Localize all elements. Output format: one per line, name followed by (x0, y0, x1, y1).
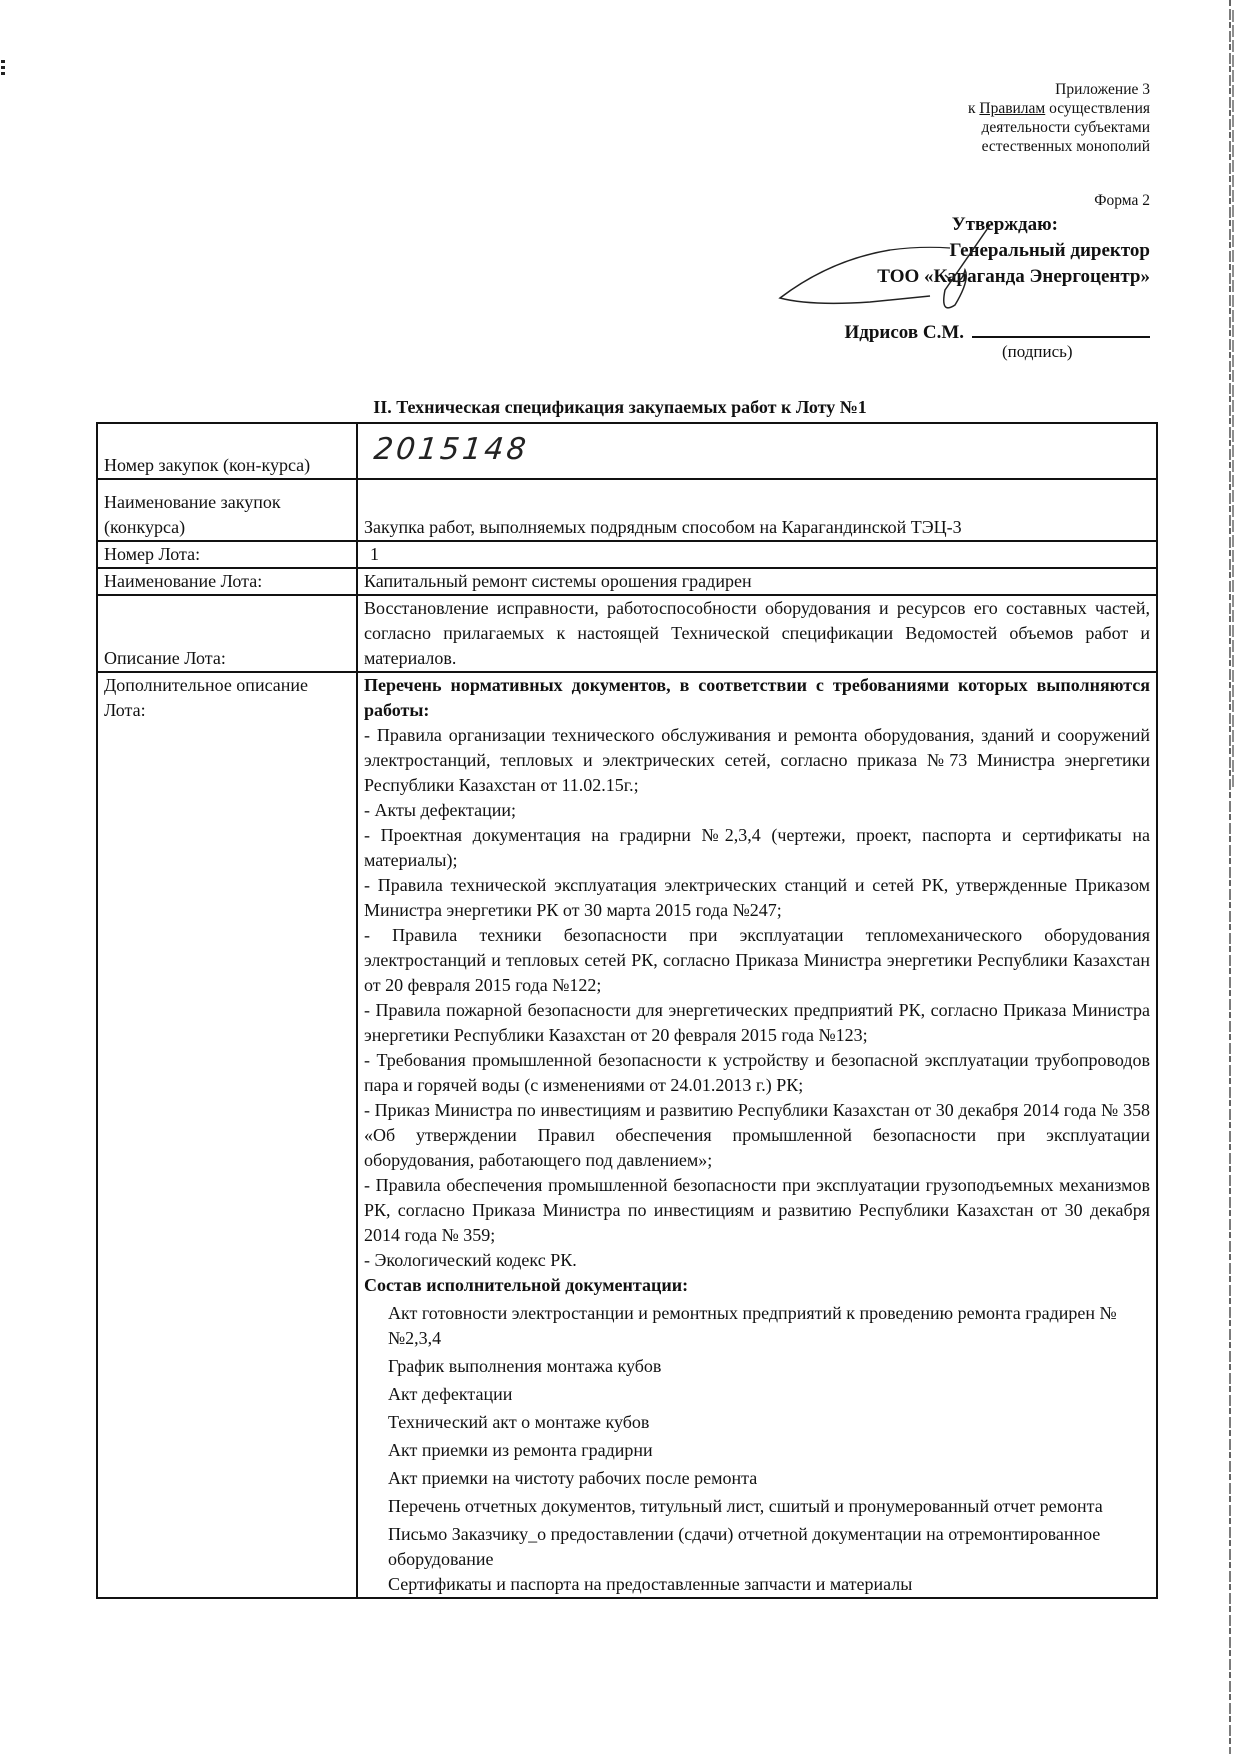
row-value: 1 (357, 541, 1157, 568)
list-item: Акт приемки из ремонта градирни (364, 1438, 1120, 1463)
signature-caption: (подпись) (1002, 342, 1073, 362)
list-item: - Приказ Министра по инвестициям и разви… (364, 1098, 1150, 1173)
table-row: Номер Лота: 1 (97, 541, 1157, 568)
list-item: Перечень отчетных документов, титульный … (364, 1494, 1120, 1519)
row-value: Закупка работ, выполняемых подрядным спо… (357, 479, 1157, 541)
signer-name: Идрисов С.М. (844, 322, 964, 343)
table-row: Дополнительное описание Лота: Перечень н… (97, 672, 1157, 1598)
normative-list: - Правила организации технического обслу… (364, 723, 1150, 1273)
list-item: - Акты дефектации; (364, 798, 1150, 823)
row-label: Наименование Лота: (97, 568, 357, 595)
approval-block: Утверждаю: Генеральный директор ТОО «Кар… (877, 212, 1150, 290)
list-item: Акт дефектации (364, 1382, 1120, 1407)
list-item: Технический акт о монтаже кубов (364, 1410, 1120, 1435)
row-label: Номер закупок (кон-курса) (97, 423, 357, 479)
list-item: - Правила технической эксплуатация элект… (364, 873, 1150, 923)
scan-dots-artifact (1, 60, 5, 76)
row-value: Капитальный ремонт системы орошения град… (357, 568, 1157, 595)
list-item: - Правила организации технического обслу… (364, 723, 1150, 798)
procurement-number: 2015148 (373, 437, 530, 462)
table-row: Описание Лота: Восстановление исправност… (97, 595, 1157, 672)
rules-link[interactable]: Правилам (979, 100, 1045, 117)
table-row: Номер закупок (кон-курса) 2015148 (97, 423, 1157, 479)
appendix-line-4: естественных монополий (968, 137, 1150, 156)
list-item: График выполнения монтажа кубов (364, 1354, 1120, 1379)
row-label: Наименование закупок (конкурса) (97, 479, 357, 541)
list-item: Сертификаты и паспорта на предоставленны… (364, 1572, 1120, 1597)
row-value: 2015148 (357, 423, 1157, 479)
normative-heading: Перечень нормативных документов, в соотв… (364, 673, 1150, 723)
list-item: Акт приемки на чистоту рабочих после рем… (364, 1466, 1120, 1491)
list-item: Письмо Заказчику_о предоставлении (сдачи… (364, 1522, 1120, 1572)
list-item: - Правила техники безопасности при экспл… (364, 923, 1150, 998)
table-row: Наименование Лота: Капитальный ремонт си… (97, 568, 1157, 595)
appendix-line-1: Приложение 3 (968, 80, 1150, 99)
scan-edge-artifact (1229, 0, 1231, 1754)
approval-heading: Утверждаю: (877, 212, 1058, 238)
row-value: Восстановление исправности, работоспособ… (357, 595, 1157, 672)
document-title: II. Техническая спецификация закупаемых … (0, 397, 1240, 418)
table-row: Наименование закупок (конкурса) Закупка … (97, 479, 1157, 541)
docs-list: Акт готовности электростанции и ремонтны… (364, 1301, 1150, 1597)
approval-organization: ТОО «Караганда Энергоцентр» (877, 264, 1150, 290)
specification-table: Номер закупок (кон-курса) 2015148 Наимен… (96, 422, 1158, 1599)
appendix-line-2: к Правилам осуществления (968, 99, 1150, 118)
list-item: Акт готовности электростанции и ремонтны… (364, 1301, 1120, 1351)
row-label: Описание Лота: (97, 595, 357, 672)
appendix-line-3: деятельности субъектами (968, 118, 1150, 137)
approval-position: Генеральный директор (877, 238, 1150, 264)
row-label: Дополнительное описание Лота: (97, 672, 357, 1598)
row-value: Перечень нормативных документов, в соотв… (357, 672, 1157, 1598)
list-item: - Правила пожарной безопасности для энер… (364, 998, 1150, 1048)
list-item: - Проектная документация на градирни №2,… (364, 823, 1150, 873)
list-item: - Требования промышленной безопасности к… (364, 1048, 1150, 1098)
list-item: - Правила обеспечения промышленной безоп… (364, 1173, 1150, 1248)
row-label: Номер Лота: (97, 541, 357, 568)
form-label: Форма 2 (1094, 192, 1150, 210)
appendix-note: Приложение 3 к Правилам осуществления де… (968, 80, 1150, 156)
document-page: Приложение 3 к Правилам осуществления де… (0, 0, 1240, 1754)
list-item: - Экологический кодекс РК. (364, 1248, 1150, 1273)
signature-blank (972, 318, 1150, 338)
docs-heading: Состав исполнительной документации: (364, 1273, 1150, 1298)
signer-line: Идрисов С.М. (844, 318, 1150, 344)
